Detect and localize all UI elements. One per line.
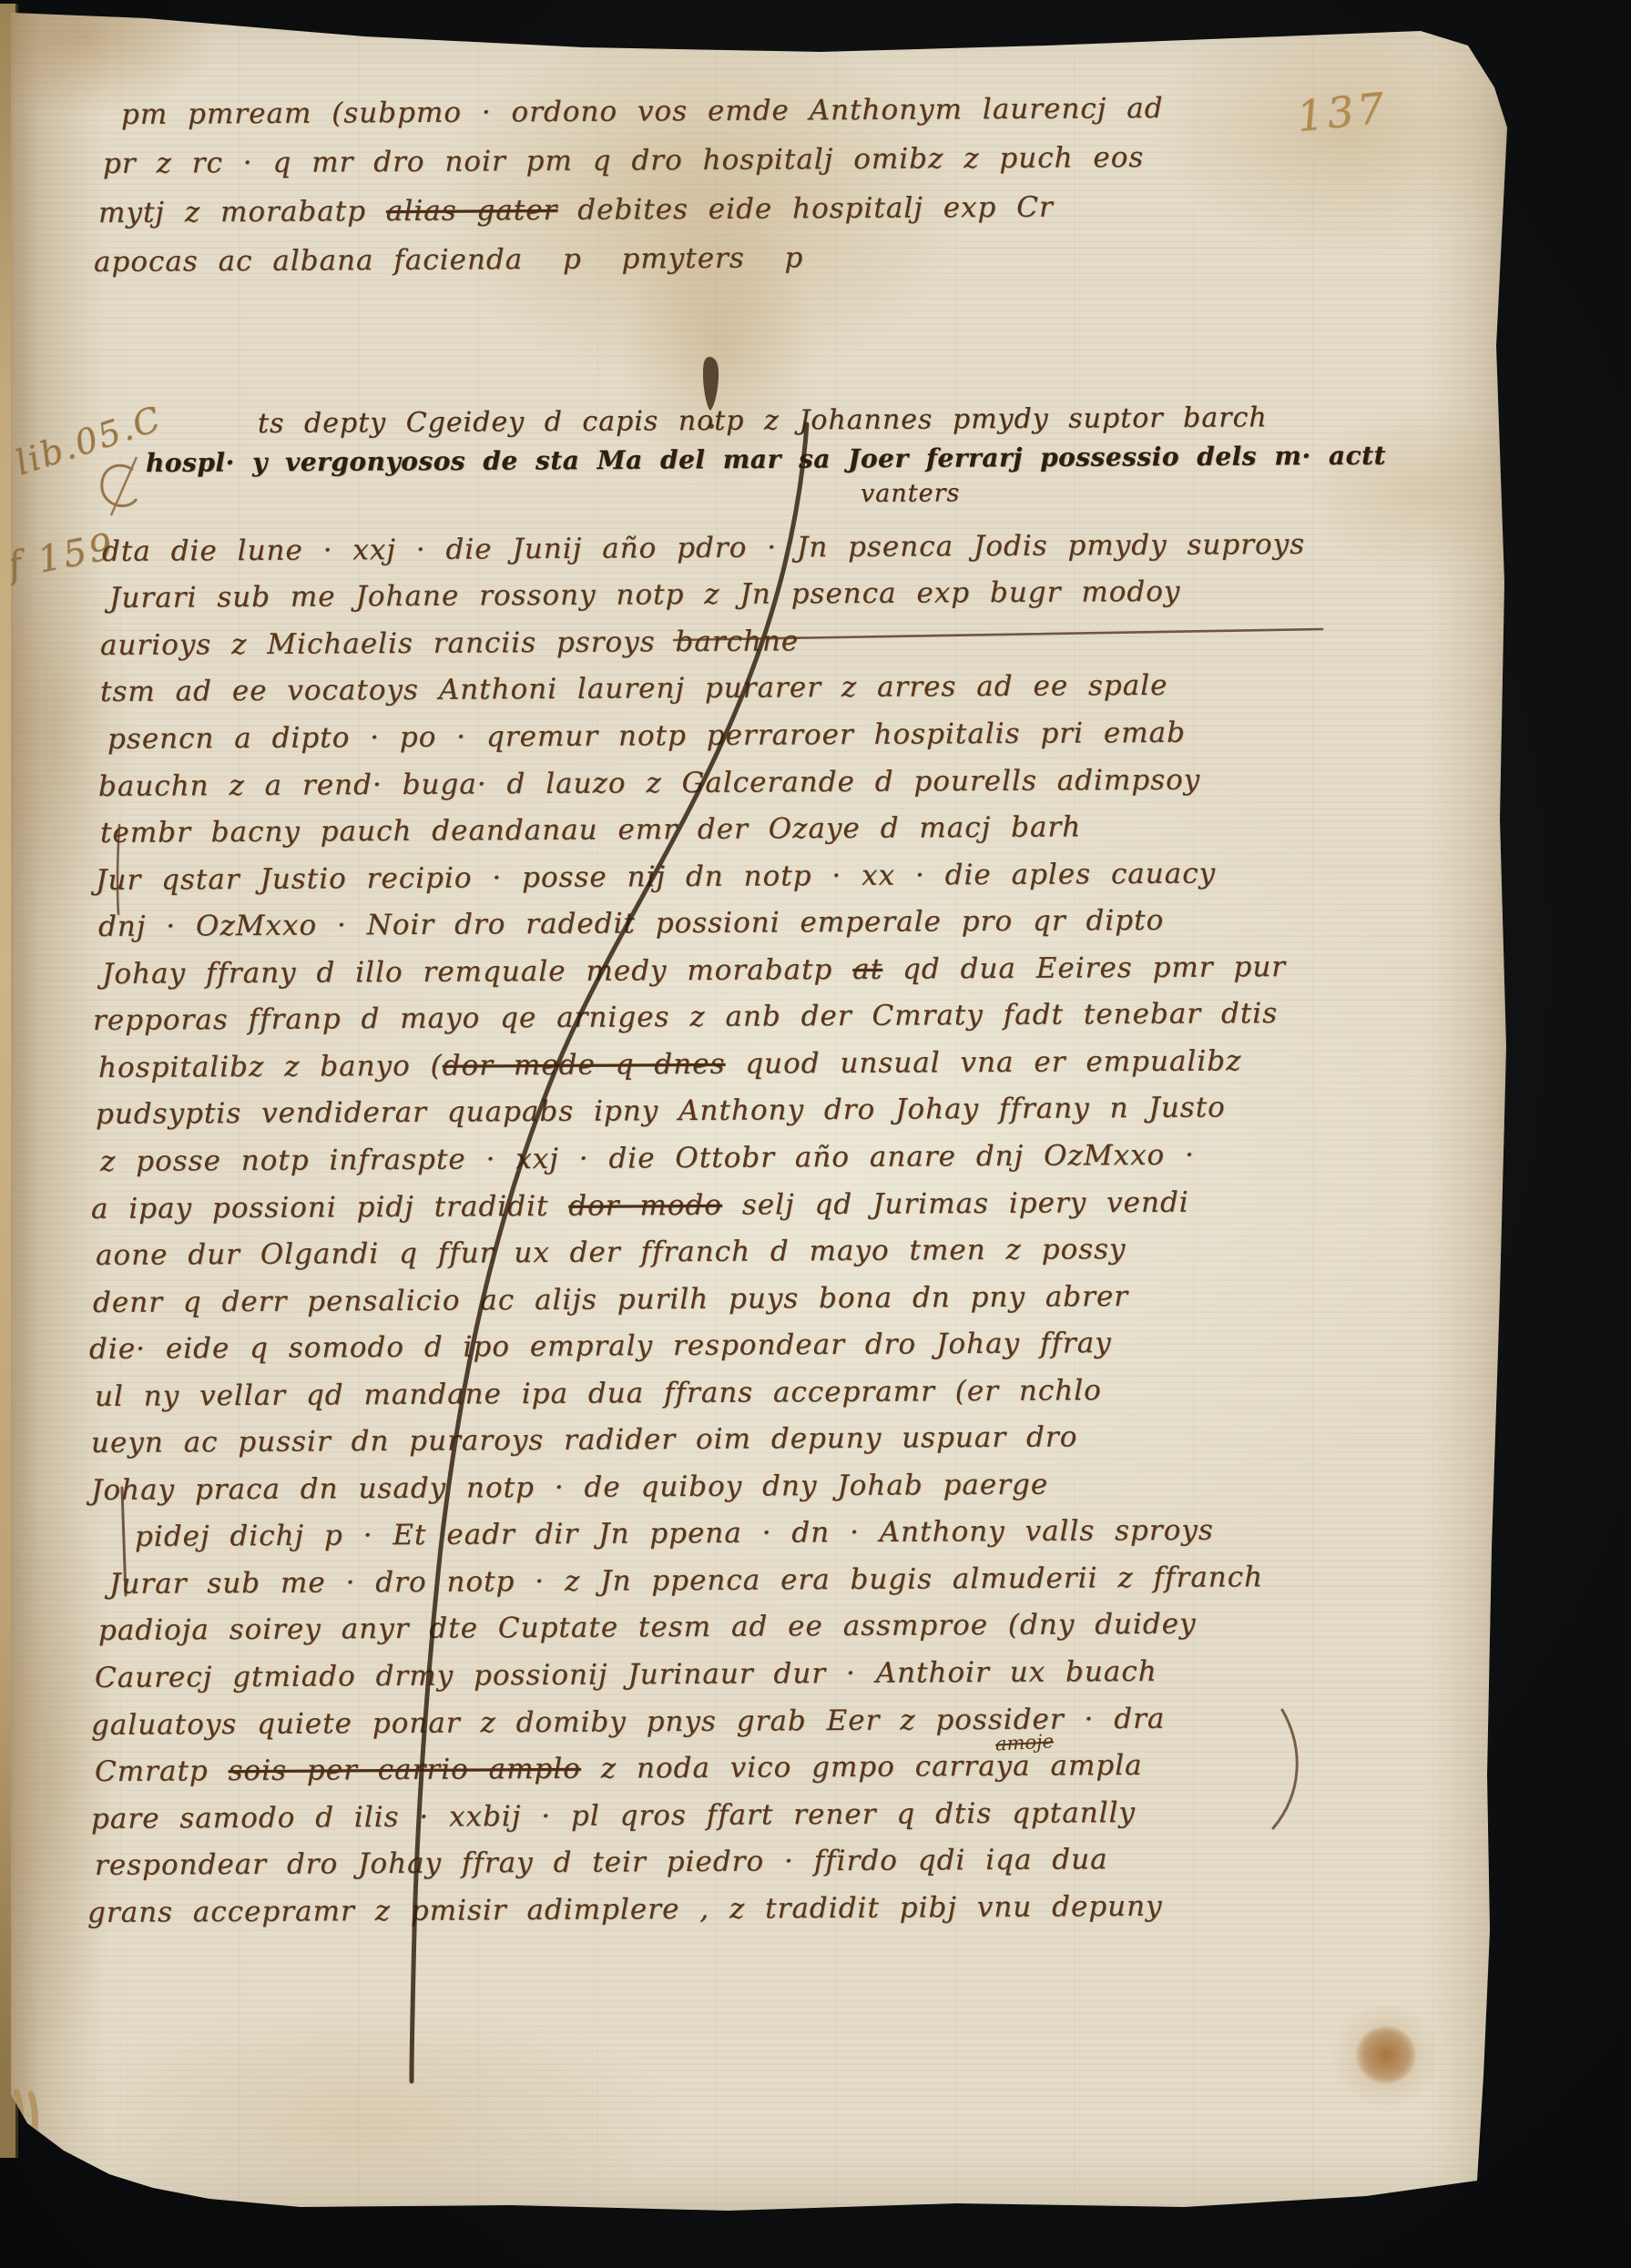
body-line: ul ny vellar qd mandane ipa dua ffrans a…	[95, 1374, 1102, 1413]
rubric-line: hospl· y vergonyosos de sta Ma del mar s…	[146, 441, 1386, 478]
body-line: a ipay possioni pidj tradidit dor modo s…	[91, 1186, 1189, 1226]
body-line: hospitalibz z banyo (dor mede q dnes quo…	[98, 1044, 1242, 1084]
folio-number: 137	[1294, 83, 1390, 141]
body-line: Johay praca dn usady notp · de quiboy dn…	[91, 1469, 1048, 1507]
body-line: denr q derr pensalicio ac alijs purilh p…	[93, 1280, 1128, 1319]
body-line: pudsyptis vendiderar quapabs ipny Anthon…	[96, 1091, 1226, 1131]
body-line: psencn a dipto · po · qremur notp perrar…	[107, 717, 1186, 756]
body-line: z posse notp infraspte · xxj · die Ottob…	[100, 1139, 1195, 1178]
body-line: respondear dro Johay ffray d teir piedro…	[95, 1843, 1108, 1882]
stain-bottom-right	[1356, 2027, 1416, 2083]
manuscript-scan: 137 lib.05.C f 159 pm pmream (subpmo · o…	[0, 0, 1631, 2268]
body-line: aurioys z Michaelis ranciis psroys barch…	[100, 625, 799, 662]
body-line: padioja soirey anyr dte Cuptate tesm ad …	[98, 1608, 1197, 1647]
margin-shelfmark: lib.05.C	[10, 398, 167, 483]
body-line: Johay ffrany d illo remquale medy moraba…	[102, 951, 1286, 991]
body-line: Caurecj gtmiado drmy possionij Jurinaur …	[95, 1655, 1157, 1694]
body-line: Cmratp sois per carrio amplo z noda vico…	[95, 1749, 1143, 1788]
body-line: grans accepramr z pmisir adimplere , z t…	[87, 1890, 1163, 1929]
body-line: Jurar sub me · dro notp · z Jn ppenca er…	[109, 1561, 1263, 1601]
witness-line: ts depty Cgeidey d capis notp z Johannes…	[258, 402, 1268, 440]
body-line: Jur qstar Justio recipio · posse nij dn …	[96, 857, 1216, 897]
interlinear-insertion: amoje	[994, 1730, 1054, 1754]
body-line: dnj · OzMxxo · Noir dro radedit possioni…	[98, 904, 1164, 943]
body-line: bauchn z a rend· buga· d lauzo z Galcera…	[98, 764, 1200, 803]
header-line: pm pmream (subpmo · ordono vos emde Anth…	[121, 92, 1164, 131]
body-line: tembr bacny pauch deandanau emr der Ozay…	[100, 810, 1081, 849]
body-line: tsm ad ee vocatoys Anthoni laurenj purar…	[100, 669, 1168, 708]
body-line: die· eide q somodo d ipo empraly respond…	[89, 1327, 1112, 1366]
body-line: dta die lune · xxj · die Junij año pdro …	[102, 528, 1305, 568]
binding-cords	[16, 2092, 40, 2183]
body-line: Jurari sub me Johane rossony notp z Jn p…	[109, 575, 1181, 615]
body-line: pare samodo d ilis · xxbij · pl qros ffa…	[91, 1796, 1136, 1836]
body-line: ueyn ac pussir dn puraroys radider oim d…	[91, 1420, 1078, 1459]
flourish-bracket	[1273, 1710, 1297, 1828]
body-line: aone dur Olgandi q ffur ux der ffranch d…	[96, 1233, 1126, 1272]
rubric-subline: vanters	[861, 479, 961, 508]
header-line: pr z rc · q mr dro noir pm q dro hospita…	[103, 141, 1145, 180]
header-line: apocas ac albana facienda p pmyters p	[94, 241, 804, 279]
stain-bottom-right-halo	[1331, 2006, 1441, 2106]
body-line: pidej dichj p · Et eadr dir Jn ppena · d…	[135, 1514, 1214, 1553]
header-line: mytj z morabatp alias gater debites eide…	[98, 191, 1054, 229]
paragraph-mark	[102, 457, 137, 515]
body-line: repporas ffranp d mayo qe arniges z anb …	[93, 997, 1278, 1037]
manuscript-page: 137 lib.05.C f 159 pm pmream (subpmo · o…	[0, 0, 1512, 2218]
